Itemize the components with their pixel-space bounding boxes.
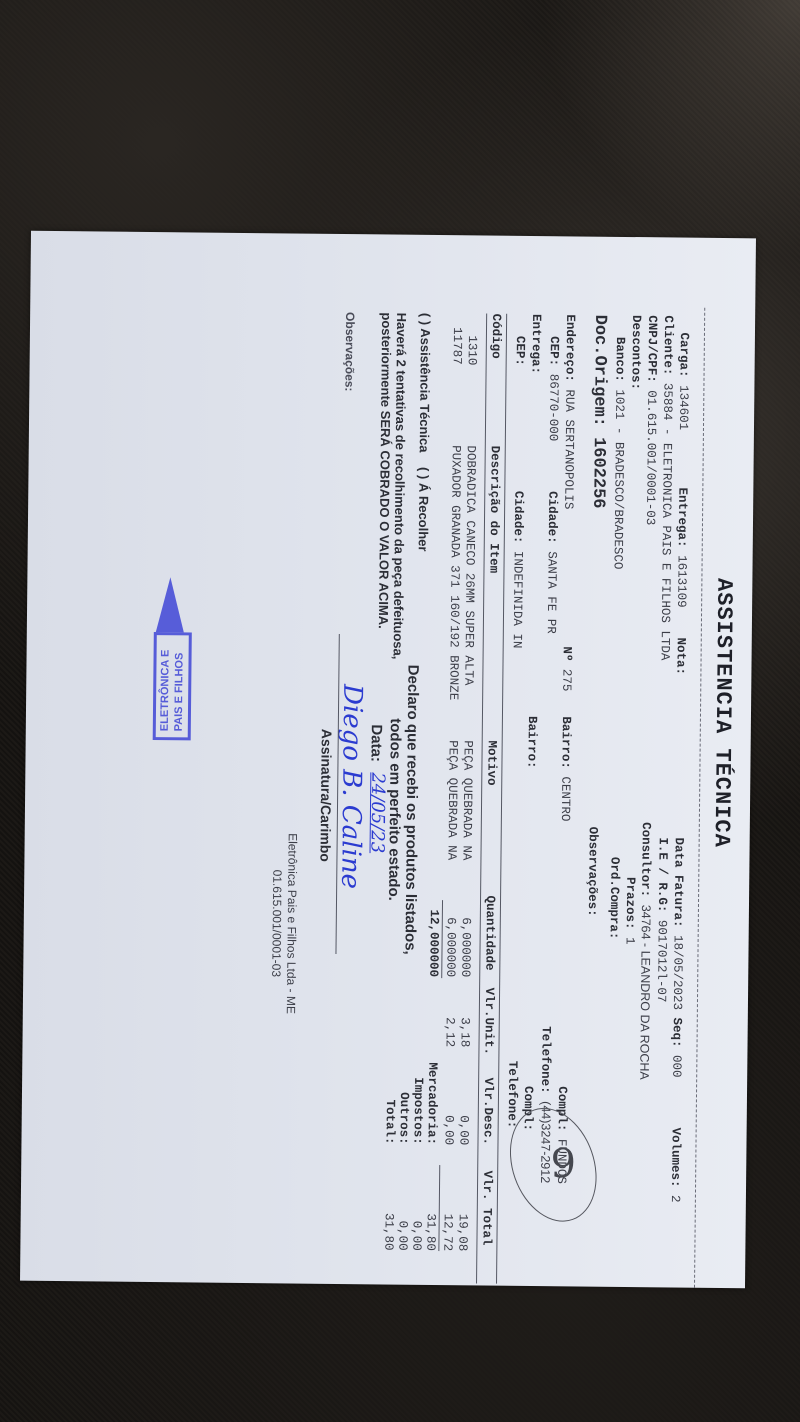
entrega-telefone-label: Telefone: xyxy=(505,1061,520,1129)
cnpj-field: CNPJ/CPF: 01.615.001/0001-03 xyxy=(643,315,659,525)
col-vlr-desc: Vlr.Desc. xyxy=(480,1077,495,1145)
entrega-cep-label: CEP: xyxy=(513,336,527,366)
impostos-label: Impostos: xyxy=(410,1035,425,1145)
row-vlr-total: 12,72 xyxy=(440,1165,455,1251)
handwritten-date: 24/05/23 xyxy=(367,772,389,853)
handwritten-signature: Diego B. Caline xyxy=(335,684,367,889)
entrega-address-label: Entrega: xyxy=(529,314,544,374)
row-vlr-total: 19,08 xyxy=(455,1165,470,1251)
data-fatura-field: Data Fatura: 18/05/2023 xyxy=(670,837,686,1010)
cidade-field: Cidade: SANTA FE PR xyxy=(544,491,559,634)
doc-origem-field: Doc.Origem: 1602256 xyxy=(588,315,609,509)
col-codigo: Código xyxy=(489,314,503,359)
entrega-bairro-label: Bairro: xyxy=(524,716,539,769)
row-motivo: PEÇA QUEBRADA NA xyxy=(459,740,474,860)
numero-field: Nº 275 xyxy=(559,646,573,691)
collection-notice: Haverá 2 tentativas de recolhimento da p… xyxy=(376,312,410,659)
option-a-recolher[interactable]: ( ) Á Recolher xyxy=(416,467,432,552)
row-quantidade: 6,000000 xyxy=(458,885,473,977)
handwritten-number: 9 xyxy=(550,1141,576,1187)
ord-compra-field: Ord.Compra: xyxy=(607,857,622,940)
stamp-pointer-icon xyxy=(156,577,185,632)
total-label: Total: xyxy=(382,1034,397,1144)
entrega-field: Entrega: 1613109 xyxy=(674,487,689,607)
header-dotted-divider xyxy=(694,308,705,1288)
carga-field: Carga: 134601 xyxy=(676,333,691,431)
row-vlr-unit: 2,12 xyxy=(442,977,457,1047)
total-value: 31,80 xyxy=(381,1164,396,1250)
cliente-field: Cliente: 35884 - ELETRONICA PAIS E FILHO… xyxy=(658,315,676,660)
descontos-label: Descontos: xyxy=(628,315,643,390)
signature-label: Assinatura/Carimbo xyxy=(317,729,334,862)
total-quantidade: 12,000000 xyxy=(426,885,441,977)
row-codigo: 11787 xyxy=(450,327,464,365)
row-quantidade: 6,000000 xyxy=(443,885,458,977)
mercadoria-value: 31,80 xyxy=(423,1165,438,1251)
col-vlr-unit: Vlr.Unit. xyxy=(481,987,496,1055)
company-stamp-text: Eletrônica Pais e Filhos Ltda - ME 01.61… xyxy=(267,793,300,1053)
fabric-background-highlight xyxy=(540,0,800,260)
row-motivo: PEÇA QUEBRADA NA xyxy=(444,740,459,860)
col-quantidade: Quantidade xyxy=(482,896,497,971)
assistencia-tecnica-form: ASSISTENCIA TÉCNICA Carga: 134601 Entreg… xyxy=(20,231,756,1289)
cep-field: CEP: 86770-000 xyxy=(546,336,561,441)
footer-observacoes-label: Observações: xyxy=(342,312,357,392)
impostos-value: 0,00 xyxy=(409,1165,424,1251)
row-vlr-unit: 3,18 xyxy=(457,977,472,1047)
declaration-text: Declaro que recebi os produtos listados,… xyxy=(384,659,421,959)
row-vlr-desc: 0,00 xyxy=(441,1065,456,1145)
endereco-field: Endereço: RUA SERTANOPOLIS xyxy=(561,314,577,509)
prazos-field: Prazos: 1 xyxy=(623,877,638,945)
table-row: 1310 DOBRADICA CANECO 26MM SUPER ALTA PE… xyxy=(745,238,756,1288)
col-descricao: Descrição do Item xyxy=(486,446,501,574)
banco-field: Banco: 1021 - BRADESCO/BRADESCO xyxy=(611,337,627,570)
col-motivo: Motivo xyxy=(484,741,498,786)
observacoes-header-label: Observações: xyxy=(585,827,600,917)
mercadoria-label: Mercadoria: xyxy=(424,1035,439,1145)
ie-field: I.E / R.G: 9017012l-07 xyxy=(654,837,670,1002)
declaration-date-label: Data: xyxy=(367,724,384,762)
entrega-cidade-field: Cidade: INDEFINIDA IN xyxy=(510,491,526,649)
volumes-field: Volumes: 2 xyxy=(668,1127,683,1202)
outros-value: 0,00 xyxy=(395,1165,410,1251)
option-assistencia-tecnica[interactable]: ( ) Assistência Técnica ( ) Á Recolher xyxy=(416,313,433,552)
table-row: 11787 PUXADOR GRANADA 371 160/192 BRONZE… xyxy=(745,238,756,1288)
row-vlr-desc: 0,00 xyxy=(456,1065,471,1145)
row-descricao: PUXADOR GRANADA 371 160/192 BRONZE xyxy=(446,445,463,700)
row-descricao: DOBRADICA CANECO 26MM SUPER ALTA xyxy=(461,445,478,685)
document-title: ASSISTENCIA TÉCNICA xyxy=(709,578,737,848)
bairro-field: Bairro: CENTRO xyxy=(558,716,573,821)
nota-field: Nota: xyxy=(673,637,687,675)
outros-label: Outros: xyxy=(396,1035,411,1145)
blue-rubber-stamp: ELETRÔNICA E PAIS E FILHOS xyxy=(153,632,192,740)
row-codigo: 1310 xyxy=(465,335,479,365)
seq-field: Seq: 000 xyxy=(669,1017,684,1077)
consultor-field: Consultor: 34764 - LEANDRO DA ROCHA xyxy=(636,822,654,1080)
col-vlr-total: Vlr. Total xyxy=(479,1170,494,1245)
